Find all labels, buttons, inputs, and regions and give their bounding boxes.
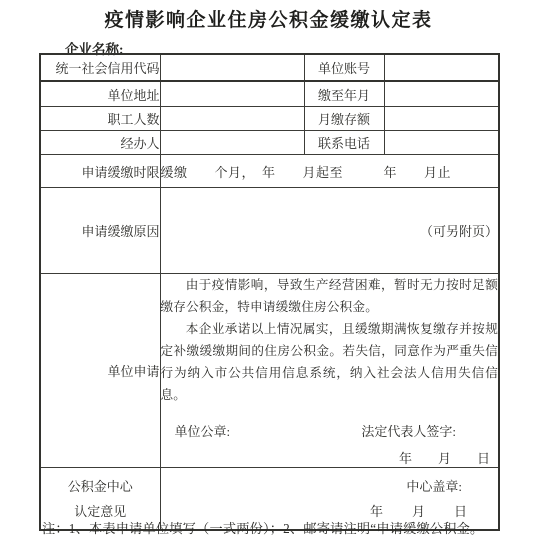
paid-until-value [384,81,499,107]
contact-phone-label: 联系电话 [304,131,384,155]
monthly-deposit-label: 月缴存额 [304,107,384,131]
company-seal-label: 单位公章: [175,421,231,440]
row-application: 单位申请 由于疫情影响，导致生产经营困难，暂时无力按时足额缴存公积金，特申请缓缴… [40,274,499,468]
application-label: 单位申请 [40,274,160,468]
center-opinion-label-line1: 公积金中心 [41,474,160,499]
application-date-line: 年 月 日 [161,448,499,467]
deferral-reason-area: （可另附页） [160,188,499,274]
signature-line: 单位公章: 法定代表人签字: [161,421,499,440]
row-deferral-period: 申请缓缴时限 缓缴 个月， 年 月起至 年 月止 [40,155,499,188]
handler-value [160,131,304,155]
form-table: 统一社会信用代码 单位账号 单位地址 缴至年月 职工人数 月缴存额 经办人 联系… [39,53,500,531]
paid-until-label: 缴至年月 [304,81,384,107]
unit-account-value [384,54,499,81]
contact-phone-value [384,131,499,155]
employee-count-label: 职工人数 [40,107,160,131]
unit-account-label: 单位账号 [304,54,384,81]
deferral-period-value: 缓缴 个月， 年 月起至 年 月止 [160,155,499,188]
attachment-note: （可另附页） [420,224,498,239]
row-address: 单位地址 缴至年月 [40,81,499,107]
credit-code-label: 统一社会信用代码 [40,54,160,81]
row-handler: 经办人 联系电话 [40,131,499,155]
employee-count-value [160,107,304,131]
address-label: 单位地址 [40,81,160,107]
row-employees: 职工人数 月缴存额 [40,107,499,131]
center-seal-label: 中心盖章: [161,474,499,499]
application-content: 由于疫情影响，导致生产经营困难，暂时无力按时足额缴存公积金，特申请缓缴住房公积金… [160,274,499,468]
deferral-reason-label: 申请缓缴原因 [40,188,160,274]
row-deferral-reason: 申请缓缴原因 （可另附页） [40,188,499,274]
application-paragraph-2: 本企业承诺以上情况属实，且缓缴期满恢复缴存并按规定补缴缓缴期间的住房公积金。若失… [161,318,499,406]
legal-rep-signature-label: 法定代表人签字: [361,421,456,440]
credit-code-value [160,54,304,81]
row-credit-code: 统一社会信用代码 单位账号 [40,54,499,81]
footer-note: 注：1、本表申请单位填写（一式两份）；2、邮寄请注明“申请缓缴公积金。 [42,518,522,537]
application-paragraph-1: 由于疫情影响，导致生产经营困难，暂时无力按时足额缴存公积金，特申请缓缴住房公积金… [161,274,499,318]
monthly-deposit-value [384,107,499,131]
page-title: 疫情影响企业住房公积金缓缴认定表 [0,5,537,32]
address-value [160,81,304,107]
handler-label: 经办人 [40,131,160,155]
deferral-period-label: 申请缓缴时限 [40,155,160,188]
